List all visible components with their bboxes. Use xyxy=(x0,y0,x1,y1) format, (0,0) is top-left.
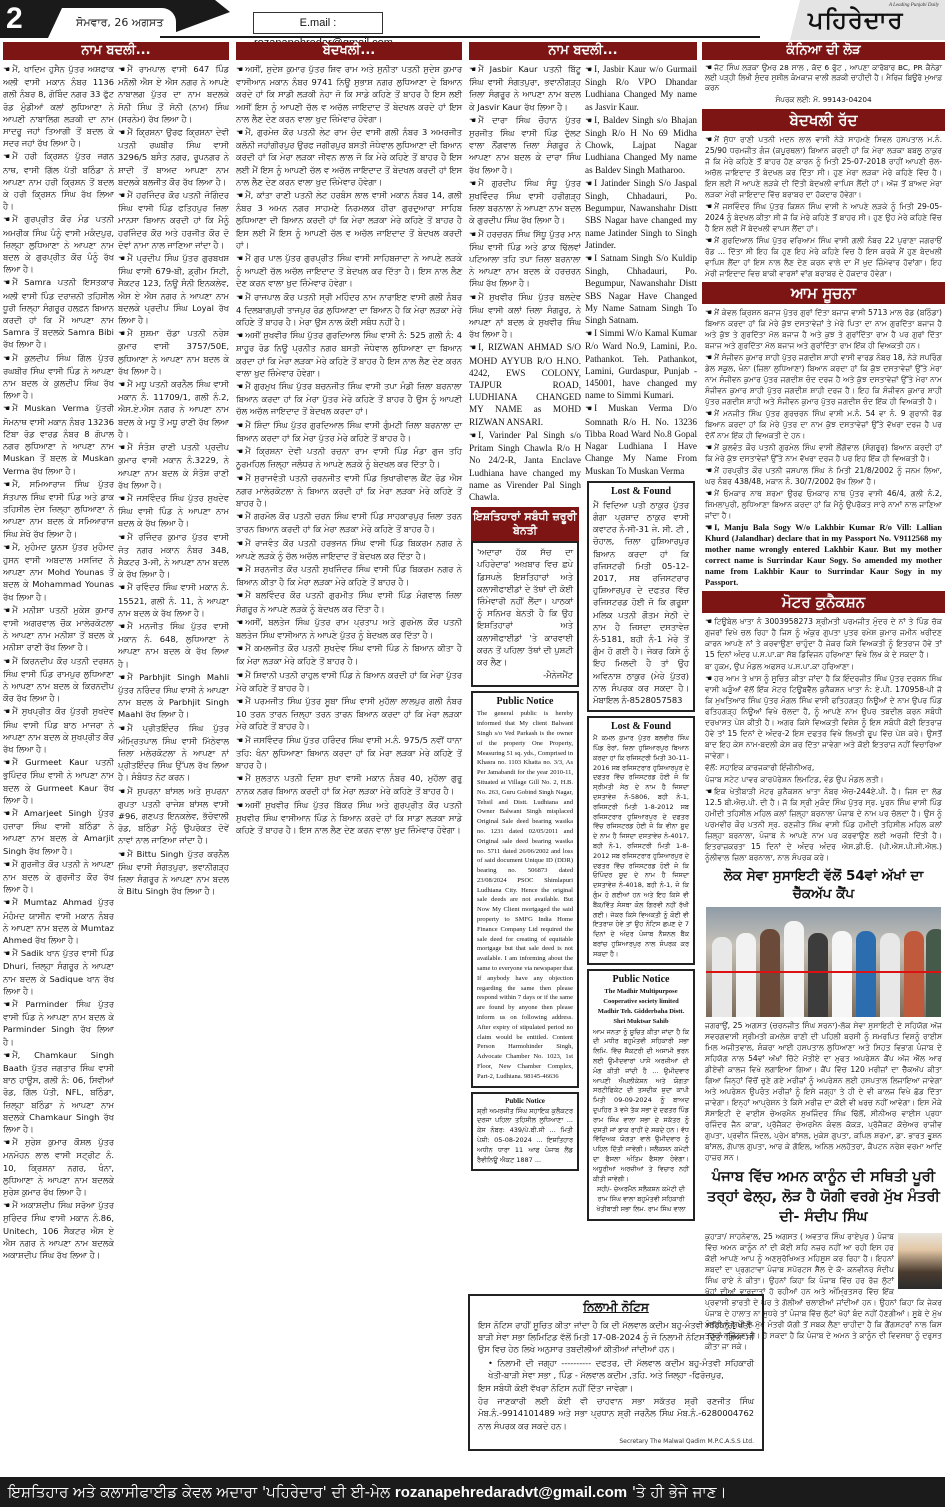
notice-item: ☚ਮੈਂ ਗੁਰਮੁਖ ਸਿੰਘ ਪੁੱਤਰ ਬਚਨਜੀਤ ਸਿੰਘ ਵਾਸੀ … xyxy=(236,380,462,418)
notice-item: ☚ਮੈਂ, ਗੁਰਮੇਜ਼ ਕੌਰ ਪਤਨੀ ਲੇਟ ਰਾਮ ਚੰਦ ਵਾਸੀ … xyxy=(236,126,462,188)
sandeep-singh-portrait xyxy=(898,1233,942,1289)
pointing-hand-icon: ☚ xyxy=(705,63,712,72)
notice-item: ☚ਮੈਂ ਜਸਵਿੰਦਰ ਸਿੰਘ ਪੁੱਤਰ ਸੁਖਦੇਵ ਸਿੰਘ ਵਾਸੀ… xyxy=(118,492,229,530)
masthead-email[interactable]: E.mail : rozanapehredar@gmail.com xyxy=(253,12,383,34)
notice-item: ☚ਮੈਂ ਗਰਮੋਲ ਕੌਰ ਪਤਨੀ ਚਰਨ ਸਿੰਘ ਵਾਸੀ ਪਿੰਡ ਸ… xyxy=(236,510,462,535)
pointing-hand-icon: ☚ xyxy=(118,673,125,682)
section-heading: ਬੇਦਖਲੀ... xyxy=(236,42,462,60)
notice-item: ☚ਮੈਂ ਓਮਕਾਰ ਨਾਥ ਸ਼ਰਮਾ ਉਰਫ ਓਮਕਾਰ ਨਾਥ ਪੁੱਤਰ… xyxy=(705,488,942,521)
notice-item: ☚ਮੈਂ ਅਕਾਸ਼ਦੀਪ ਸਿੰਘ ਸਰੋਆ ਪੁੱਤਰ ਸੁਰਿੰਦਰ ਸਿ… xyxy=(3,1199,114,1261)
notice-item: ☚I Simmi W/o Kamal Kumar R/o Ward No.9, … xyxy=(585,327,697,401)
notice-list-left: ☚ਮੈਂ Jasbir Kaur ਪਤਨੀ ਬਿੱਟੂ ਸਿੰਘ ਵਾਸੀ ਸੰ… xyxy=(469,63,581,1225)
pointing-hand-icon: ☚ xyxy=(3,860,10,869)
pointing-hand-icon: ☚ xyxy=(236,565,243,574)
pointing-hand-icon: ☚ xyxy=(585,329,592,338)
pointing-hand-icon: ☚ xyxy=(3,1201,10,1210)
public-notice-box: Public Notice The Madhir Multipurpose Co… xyxy=(587,969,695,1220)
pointing-hand-icon: ☚ xyxy=(585,179,592,188)
pointing-hand-icon: ☚ xyxy=(118,254,125,263)
notice-item: ☚I Muskan Verma D/o Somnath R/o H. No. 1… xyxy=(585,402,697,476)
notice-item: ☚ਮੈਂ ਕੇਵਲ ਕ੍ਰਿਸ਼ਨ ਬਜਾਜ ਪੁੱਤਰ ਗੁਰਾਂ ਦਿੱਤਾ… xyxy=(705,307,942,351)
law-order-article: ਕੁਹਾੜਾ/ ਸਾਹਨੇਵਾਲ, 25 ਅਗਸਤ ( ਅਵਤਾਰ ਸਿੰਘ ਰ… xyxy=(702,1231,945,1352)
law-order-headline: ਪੰਜਾਬ ਵਿੱਚ ਅਮਨ ਕਾਨੂੰਨ ਦੀ ਸਥਿਤੀ ਪੂਰੀ ਤਰ੍ਹ… xyxy=(704,1167,943,1227)
pointing-hand-icon: ☚ xyxy=(3,1138,10,1147)
notice-item: ☚I, RIZWAN AHMAD S/O MOHD AYYUB R/O H.NO… xyxy=(469,341,581,427)
ad-disclaimer-body: 'ਅਦਾਰਾ ਹੱਕ ਸੱਚ ਦਾ ਪਹਿਰੇਦਾਰ' ਅਖ਼ਬਾਰ ਵਿਚ ਛ… xyxy=(477,546,573,668)
pointing-hand-icon: ☚ xyxy=(469,293,476,302)
pointing-hand-icon: ☚ xyxy=(118,787,125,796)
pointing-hand-icon: ☚ xyxy=(236,254,243,263)
public-notice-title: Public Notice xyxy=(593,974,689,985)
notice-item: ☚ਮੈਂ ਕ੍ਰਿਸ਼ਨਾ ਦੇਵੀ ਪਤਨੀ ਰਚਨਾ ਰਾਮ ਵਾਸੀ ਪਿ… xyxy=(236,445,462,470)
section-heading: ਨਾਮ ਬਦਲੀ... xyxy=(469,42,697,60)
notice-item: ☚ਮੈਂ Bittu Singh ਪੁੱਤਰ ਕਰਨੈਲ ਸਿੰਘ ਵਾਸੀ ਸ… xyxy=(118,848,229,898)
notice-item: ☚ਮੈਂ ਸੁੱਧਾ ਰਾਣੀ ਪਤਨੀ ਮਦਨ ਲਾਲ ਵਾਸੀ ਨੇੜੇ ਸ… xyxy=(705,134,942,200)
public-notice-subtitle: The Madhir Multipurpose Cooperative soci… xyxy=(593,987,689,1026)
notice-item: ☚ਮੈਂ, Chamkaur Singh Baath ਪੁੱਤਰ ਜਗਤਾਰ ਸ… xyxy=(3,1049,114,1135)
lost-found-title: Lost & Found xyxy=(593,486,689,497)
notice-item: ☚ਮੈਂ Sadik ਖਾਨ ਪੁੱਤਰ ਵਾਸੀ ਪਿੰਡ Dhuri, ਜ਼… xyxy=(3,947,114,997)
notice-item: ☚ਮੈਂ ਕਮਲਜੀਤ ਕੌਰ ਪਤਨੀ ਸੁਖਦੇਵ ਸਿੰਘ ਵਾਸੀ ਪਿ… xyxy=(236,642,462,667)
notice-item: ☚ਮੈਂ ਹਰਚਰਨ ਸਿੰਘ ਸਿੱਧੂ ਪੁੱਤਰ ਮਾਨ ਸਿੰਘ ਵਾਸ… xyxy=(469,228,581,290)
pointing-hand-icon: ☚ xyxy=(3,65,10,74)
pointing-hand-icon: ☚ xyxy=(118,583,125,592)
pointing-hand-icon: ☚ xyxy=(236,191,243,200)
pointing-hand-icon: ☚ xyxy=(236,382,243,391)
pointing-hand-icon: ☚ xyxy=(469,65,476,74)
notice-item: ☚ਮੈਂ Jasbir Kaur ਪਤਨੀ ਬਿੱਟੂ ਸਿੰਘ ਵਾਸੀ ਸੰ… xyxy=(469,63,581,113)
ad-disclaimer-box: 'ਅਦਾਰਾ ਹੱਕ ਸੱਚ ਦਾ ਪਹਿਰੇਦਾਰ' ਅਖ਼ਬਾਰ ਵਿਚ ਛ… xyxy=(471,541,579,687)
pointing-hand-icon: ☚ xyxy=(118,850,125,859)
pointing-hand-icon: ☚ xyxy=(705,443,712,452)
public-notice-title: Public Notice xyxy=(477,696,573,707)
pointing-hand-icon: ☚ xyxy=(705,787,712,796)
footer-text: ਇਸ਼ਤਿਹਾਰ ਅਤੇ ਕਲਾਸੀਫਾਈਡ ਕੇਵਲ ਅਦਾਰਾ 'ਪਹਿਰੇ… xyxy=(8,1483,390,1501)
public-notice-sign: ਸਹੀ/- ਚੇਅਰਮੈਨ ਸਲੈਕਸ਼ਨ ਕਮੇਟੀ ਦੀ ਰਾਮ ਸਿੰਘ … xyxy=(593,1185,689,1214)
bullet-icon: • xyxy=(488,1358,497,1368)
pointing-hand-icon: ☚ xyxy=(236,474,243,483)
pointing-hand-icon: ☚ xyxy=(3,809,10,818)
notice-item: ☚ਮੈਂ ਸੁਖਵੀਰ ਸਿੰਘ ਪੁੱਤਰ ਬਲਦੇਵ ਸਿੰਘ ਵਾਸੀ ਕ… xyxy=(469,291,581,341)
pointing-hand-icon: ☚ xyxy=(705,674,712,683)
notice-item: ☚ਮੈਂ ਪ੍ਰਦੀਪ ਸਿੰਘ ਪੁੱਤਰ ਗੁਰਬਖਸ਼ ਸਿੰਘ ਵਾਸੀ… xyxy=(118,252,229,326)
lost-found-body: ਮੈਂ ਵਿਦਿਆ ਪਤੀ ਠਾਕੁਰ ਪੁੱਤਰ ਗੰਗਾ ਪ੍ਰਸ਼ਾਦ ਠ… xyxy=(593,499,689,706)
footer-suffix: 'ਤੇ ਹੀ ਭੇਜੇ ਜਾਣ। xyxy=(632,1483,727,1501)
notice-item: ☚ਅਸੀਂ ਸੁਖਵੀਰ ਸਿੰਘ ਪੁੱਤਰ ਬਿੱਕਰ ਸਿੰਘ ਅਤੇ ਗ… xyxy=(236,799,462,837)
notice-item: ☚ਅਸੀਂ ਸੁਖਵੀਰ ਸਿੰਘ ਪੁੱਤਰ ਗੁਰਦਿਆਲ ਸਿੰਘ ਵਾਸ… xyxy=(236,329,462,379)
ad-disclaimer-heading: ਇਸ਼ਤਿਹਾਰਾਂ ਸਬੰਧੀ ਜ਼ਰੂਰੀ ਬੇਨਤੀ xyxy=(471,507,579,541)
notice-item: ☚ਮੈਂ Amarjeet Singh ਪੁੱਤਰ ਹਜ਼ਾਰਾ ਸਿੰਘ ਵਾ… xyxy=(3,807,114,857)
lost-found-box: Lost & Found ਮੈਂ ਕਮਲ ਕੁਮਾਰ ਪੁੱਤਰ ਬਲਵੀਰ ਸ… xyxy=(587,716,695,965)
public-notice-body: The general public is hereby informed th… xyxy=(477,709,573,1081)
pointing-hand-icon: ☚ xyxy=(3,215,10,224)
notice-item: ☚ਮੈਂ ਗੁਰਦਿਆਲ ਸਿੰਘ ਪੁੱਤਰ ਵਰਿਆਮ ਸਿੰਘ ਵਾਸੀ … xyxy=(705,235,942,279)
pointing-hand-icon: ☚ xyxy=(118,191,125,200)
pointing-hand-icon: ☚ xyxy=(705,409,712,418)
pointing-hand-icon: ☚ xyxy=(236,736,243,745)
notice-item: ☚ਮੈਂ ਹਰਜਿੰਦਰ ਕੌਰ ਪਤਨੀ ਜੋਗਿੰਦਰ ਸਿੰਘ ਵਾਸੀ … xyxy=(118,189,229,251)
cancel-list: ☚ਮੈਂ ਸੁੱਧਾ ਰਾਣੀ ਪਤਨੀ ਮਦਨ ਲਾਲ ਵਾਸੀ ਨੇੜੇ ਸ… xyxy=(702,134,945,279)
public-notice-box: Public Notice The general public is here… xyxy=(471,691,579,1087)
notice-item: ☚ਮੈਂ ਹਰੀ ਕ੍ਰਿਸ਼ਨ ਪੁੱਤਰ ਜਗਨ ਨਾਥ, ਵਾਸੀ ਗਿੱ… xyxy=(3,150,114,212)
notice-item: ☚ਮੈਂ ਰਾਮਪਾਲ ਵਾਸੀ 647 ਪਿੰਡ ਮਨੌਲੀ ਐਸ ਏ ਐਸ … xyxy=(118,63,229,125)
column-disownment: ਬੇਦਖਲੀ... ☚ਅਸੀਂ, ਸੁਦੇਸ਼ ਕੁਮਾਰ ਪੁੱਤਰ ਸ਼ਿਵ… xyxy=(233,40,465,1475)
notice-list-right: ☚ਮੈਂ ਰਾਮਪਾਲ ਵਾਸੀ 647 ਪਿੰਡ ਮਨੌਲੀ ਐਸ ਏ ਐਸ … xyxy=(118,63,229,1262)
pointing-hand-icon: ☚ xyxy=(705,202,712,211)
pointing-hand-icon: ☚ xyxy=(118,65,125,74)
newspaper-logo: A Leading Punjabi Daily ਪਹਿਰੇਦਾਰ xyxy=(790,0,945,40)
pointing-hand-icon: ☚ xyxy=(236,421,243,430)
notice-item: ☚ਮੈਂ ਸੁਰੇਸ਼ ਕੁਮਾਰ ਕੌਸ਼ਲ ਪੁੱਤਰ ਮਨਮੋਹਨ ਲਾਲ… xyxy=(3,1136,114,1198)
pointing-hand-icon: ☚ xyxy=(236,774,243,783)
masthead: 2 ਸੋਮਵਾਰ, 26 ਅਗਸਤ 2024 E.mail : rozanape… xyxy=(0,0,945,40)
notice-item: ☚I, Manju Bala Sogy W/o Lakhbir Kumar R/… xyxy=(705,522,942,588)
section-heading: ਨਾਮ ਬਦਲੀ... xyxy=(3,42,229,60)
pointing-hand-icon: ☚ xyxy=(236,591,243,600)
notice-item: ☚ਮੈਂ ਜਸਵਿੰਦਰ ਸਿੰਘ ਪੁੱਤਰ ਕਿਸ਼ਨ ਸਿੰਘ ਵਾਸੀ … xyxy=(705,201,942,234)
pointing-hand-icon: ☚ xyxy=(236,512,243,521)
section-heading-bride-wanted: ਕੰਨਿਆ ਦੀ ਲੋੜ xyxy=(702,42,945,60)
notice-item: ☚ਮੈਂ Gurmeet Kaur ਪਤਨੀ ਭੁਪਿੰਦਰ ਸਿੰਘ ਵਾਸੀ… xyxy=(3,756,114,806)
notice-item: ☚ਮੈਂ Parminder ਸਿੰਘ ਪੁੱਤਰ ਵਾਸੀ ਪਿੰਡ ਨੇ ਆ… xyxy=(3,998,114,1048)
notice-item: ☚ਮੈਂ ਸੁਰਾਜਵੰਤੀ ਪਤਨੀ ਚਰਨਜੀਤ ਵਾਸੀ ਪਿੰਡ ਭਿਖ… xyxy=(236,472,462,510)
pointing-hand-icon: ☚ xyxy=(705,523,712,532)
notice-list-right: ☚I, Jasbir Kaur w/o Gurmail Singh R/o VP… xyxy=(585,63,697,1225)
notice-item: ☚I, Jasbir Kaur w/o Gurmail Singh R/o VP… xyxy=(585,63,697,113)
eye-camp-headline: ਲੋਕ ਸੇਵਾ ਸੁਸਾਇਟੀ ਵੱਲੋਂ 54ਵਾਂ ਅੱਖਾਂ ਦਾ ਚੈ… xyxy=(704,867,943,903)
notice-item: ☚ਮੈਂ, ਕਾਂਤਾ ਰਾਣੀ ਪਤਨੀ ਲੇਟ ਹਰਬੰਸ ਲਾਲ ਵਾਸੀ… xyxy=(236,189,462,251)
notice-item: ☚ਮੈਂ ਮਧੂ ਪਤਨੀ ਕਰਨੈਲ ਸਿੰਘ ਵਾਸੀ ਮਕਾਨ ਨੰ. 1… xyxy=(118,378,229,440)
pointing-hand-icon: ☚ xyxy=(3,758,10,767)
pointing-hand-icon: ☚ xyxy=(585,254,592,263)
notice-item: ☚ਮੈਂ Mumtaz Ahmad ਪੁੱਤਰ ਮੋਹੰਮਦ ਯਾਸੀਨ ਵਾਸ… xyxy=(3,896,114,946)
notice-item: ☚ਮੈਂ ਗੁਰਦੀਪ ਸਿੰਘ ਸੰਧੂ ਪੁੱਤਰ ਸੁਖਵਿੰਦਰ ਸਿੰ… xyxy=(469,177,581,227)
notice-item: ☚ਇਕ ਖੇਤੀਬਾੜੀ ਮੋਟਰ ਕੁਨੈਕਸ਼ਨ ਖਾਤਾ ਨੰਬਰ ਐਚ-… xyxy=(705,786,942,863)
issue-date: ਸੋਮਵਾਰ, 26 ਅਗਸਤ 2024 xyxy=(48,8,176,38)
pointing-hand-icon: ☚ xyxy=(236,539,243,548)
pointing-hand-icon: ☚ xyxy=(469,116,476,125)
column-classifieds: ਕੰਨਿਆ ਦੀ ਲੋੜ ☚ਜੱਟ ਸਿੰਘ ਲੜਕਾ ਉਮਰ 28 ਸਾਲ ,… xyxy=(702,40,945,1475)
notice-item: ☚I, Varinder Pal Singh s/o Pritam Singh … xyxy=(469,429,581,503)
pointing-hand-icon: ☚ xyxy=(3,1000,10,1009)
notice-item: ☚ਮੈਂ ਗੁਰਜੀਤ ਕੌਰ ਪਤਨੀ ਨੇ ਆਪਣਾ ਨਾਮ ਬਦਲ ਕੇ … xyxy=(3,858,114,896)
notice-item: ☚ਮੈਂ ਰਾਜਪਾਲ ਕੌਰ ਪਤਨੀ ਸ੍ਰੀ ਮਹਿੰਦਰ ਨਾਮ ਨਾਰ… xyxy=(236,291,462,329)
footer-email[interactable]: rozanapehredaradvt@gmail.com xyxy=(395,1484,627,1501)
pointing-hand-icon: ☚ xyxy=(3,898,10,907)
pointing-hand-icon: ☚ xyxy=(236,331,243,340)
notice-item: ☚I Satnam Singh S/o Kuldip Singh, Chhada… xyxy=(585,252,697,326)
notice-item: ☚ਮੈਂ ਸੁਪਰਨਾ ਬਾਂਸਲ ਅਤੇ ਸੁਪਰਨਾ ਗੁਪਤਾ ਪਤਨੀ … xyxy=(118,785,229,847)
notice-item: ☚ਮੈਂ ਕਿਰਨਦੀਪ ਕੌਰ ਪਤਨੀ ਦਰਸ਼ਨ ਸਿੰਘ ਵਾਸੀ ਪਿ… xyxy=(3,655,114,705)
pointing-hand-icon: ☚ xyxy=(3,278,10,287)
pointing-hand-icon: ☚ xyxy=(118,533,125,542)
pointing-hand-icon: ☚ xyxy=(3,404,10,413)
notice-list-left: ☚ਮੈਂ, ਖਾਦਿਮ ਹੁਸੈਨ ਪੁੱਤਰ ਅਸ਼ਫਾਕ ਅਲੀ ਵਾਸੀ … xyxy=(3,63,114,1262)
section-heading-general-notice: ਆਮ ਸੂਚਨਾ xyxy=(702,282,945,304)
pointing-hand-icon: ☚ xyxy=(236,644,243,653)
notice-item: ☚ਮੈਂ ਗੁਰ ਪਾਲ ਪੁੱਤਰ ਗੁਰਪ੍ਰੀਤ ਸਿੰਘ ਵਾਸੀ ਸਾ… xyxy=(236,252,462,290)
notice-item: ☚ਮੈਂ Samra ਪਤਨੀ ਇਸਤਕਾਰ ਅਲੀ ਵਾਸੀ ਪਿੰਡ ਦਰਾ… xyxy=(3,276,114,350)
pointing-hand-icon: ☚ xyxy=(3,543,10,552)
public-notice-box: Public Notice ਸ਼੍ਰੀ ਅਮਰਜੀਤ ਸਿੰਘ ਸਹਾਇਕ ਕੁ… xyxy=(471,1092,579,1172)
pointing-hand-icon: ☚ xyxy=(585,404,592,413)
notice-item: ☚ਮੈਂ ਕੁਲਵੰਤ ਕੌਰ ਪਤਨੀ ਗੁਰਮੇਲ ਸਿੰਘ ਵਾਸੀ ਲੌ… xyxy=(705,442,942,464)
notice-item: ☚ਮੈਂ ਸ਼ਰਨਜੀਤ ਕੌਰ ਪਤਨੀ ਸੁਖਜਿੰਦਰ ਸਿੰਘ ਵਾਸੀ… xyxy=(236,563,462,588)
notice-signatory: ਵੱਲੋਂ: ਸਹਾਇਕ ਕਾਰਜਕਾਰੀ ਇੰਜੀਨੀਅਰ, xyxy=(705,762,942,773)
bride-wanted-contact: ਸੰਪਰਕ ਲਈ: ਮੋ. 99143-04204 xyxy=(702,94,945,106)
pointing-hand-icon: ☚ xyxy=(705,308,712,317)
pointing-hand-icon: ☚ xyxy=(705,466,712,475)
lost-found-box: Lost & Found ਮੈਂ ਵਿਦਿਆ ਪਤੀ ਠਾਕੁਰ ਪੁੱਤਰ ਗ… xyxy=(587,481,695,712)
lost-found-title: Lost & Found xyxy=(593,721,689,732)
notice-item: ☚ਮੈਂ ਸੰਤੋਸ਼ ਰਾਣੀ ਪਤਨੀ ਪ੍ਰਦੀਪ ਕੁਮਾਰ ਵਾਸੀ … xyxy=(118,441,229,491)
pointing-hand-icon: ☚ xyxy=(3,606,10,615)
motor-notice-list: ☚ਟਿਊਬੇਲ ਖਾਤਾ ਨੰ 3003958273 ਸ਼੍ਰੀਮਤੀ ਪਰਮਜ… xyxy=(702,616,945,863)
general-notice-list: ☚ਮੈਂ ਕੇਵਲ ਕ੍ਰਿਸ਼ਨ ਬਜਾਜ ਪੁੱਤਰ ਗੁਰਾਂ ਦਿੱਤਾ… xyxy=(702,307,945,588)
pointing-hand-icon: ☚ xyxy=(236,618,243,627)
pointing-hand-icon: ☚ xyxy=(469,343,476,352)
notice-item: ☚ਮੈਂ ਹਰਪ੍ਰੀਤ ਕੌਰ ਪਤਨੀ ਜਸਪਾਲ ਸਿੰਘ ਨੇ ਮਿਤੀ… xyxy=(705,465,942,487)
notice-item: ☚ਹਰ ਆਮ ਤੇ ਖਾਸ ਨੂੰ ਸੂਚਿਤ ਕੀਤਾ ਜਾਂਦਾ ਹੈ ਕਿ… xyxy=(705,673,942,761)
public-notice-title: Public Notice xyxy=(477,1097,573,1105)
pointing-hand-icon: ☚ xyxy=(236,293,243,302)
pointing-hand-icon: ☚ xyxy=(118,622,125,631)
logo-wordmark: ਪਹਿਰੇਦਾਰ xyxy=(808,6,903,34)
pointing-hand-icon: ☚ xyxy=(236,801,243,810)
notice-item: ☚ਮੈਂ Muskan Verma ਪੁੱਤਰੀ ਸੋਮਨਾਥ ਵਾਸੀ ਮਕਾ… xyxy=(3,402,114,476)
notice-item: ☚ਮੈਂ ਪ੍ਰੀਤਇੰਦਰ ਸਿੰਘ ਪੁੱਤਰ ਅੰਮ੍ਰਿਤਪਾਲ ਸਿੰ… xyxy=(118,722,229,784)
footer-banner: ਇਸ਼ਤਿਹਾਰ ਅਤੇ ਕਲਾਸੀਫਾਈਡ ਕੇਵਲ ਅਦਾਰਾ 'ਪਹਿਰੇ… xyxy=(0,1477,945,1507)
notice-item: ☚ਮੈਂ, ਮੁਹੰਮਦ ਯੂਨਸ ਪੁੱਤਰ ਮੁਹੰਮਦ ਹੁਸਨ ਵਾਸੀ… xyxy=(3,541,114,603)
pointing-hand-icon: ☚ xyxy=(469,230,476,239)
pointing-hand-icon: ☚ xyxy=(236,65,243,74)
notice-item: ☚ਮੈਂ ਬਲਵਿੰਦਰ ਕੌਰ ਪਤਨੀ ਗੁਰਮੀਤ ਸਿੰਘ ਵਾਸੀ ਪ… xyxy=(236,589,462,614)
column-name-change-2: ਨਾਮ ਬਦਲੀ... ☚ਮੈਂ Jasbir Kaur ਪਤਨੀ ਬਿੱਟੂ … xyxy=(466,40,700,1475)
notice-item: ਬਾ ਹੁਕਮ, ਉਪ ਮੰਡਲ ਅਫਸਰ ਪ.ਸ.ਪਾ.ਕਾ ਹਰਿਆਣਾ। xyxy=(705,661,942,672)
pointing-hand-icon: ☚ xyxy=(705,236,712,245)
notice-item: ☚ਮੈਂ ਕੁਲਦੀਪ ਸਿੰਘ ਗਿੱਲ ਪੁੱਤਰ ਰਘਬੀਰ ਸਿੰਘ ਵ… xyxy=(3,352,114,402)
pointing-hand-icon: ☚ xyxy=(3,707,10,716)
notice-item: ☚ਅਸੀਂ, ਬਲਤੇਜ ਸਿੰਘ ਪੁੱਤਰ ਰਾਮ ਪ੍ਰਤਾਪ ਅਤੇ ਗ… xyxy=(236,616,462,641)
bride-wanted-ad: ☚ਜੱਟ ਸਿੰਘ ਲੜਕਾ ਉਮਰ 28 ਸਾਲ , ਕੱਦ 6 ਫੁੱਟ ,… xyxy=(702,63,945,93)
pointing-hand-icon: ☚ xyxy=(118,380,125,389)
pointing-hand-icon: ☚ xyxy=(705,617,712,626)
notice-item: ☚ਮੈਂ ਮਨੀਸ਼ਾ ਪਤਨੀ ਮੁਕੇਸ਼ ਕੁਮਾਰ ਵਾਸੀ ਅਗਰਵਾ… xyxy=(3,604,114,654)
pointing-hand-icon: ☚ xyxy=(118,443,125,452)
notice-item: ☚ਮੈਂ ਪਰਮਜੀਤ ਸਿੰਘ ਪੁੱਤਰ ਸੂਬਾ ਸਿੰਘ ਵਾਸੀ ਮੁ… xyxy=(236,695,462,733)
pointing-hand-icon: ☚ xyxy=(236,697,243,706)
ad-disclaimer-sign: -ਮੈਨੇਜਮੈਂਟ xyxy=(477,669,573,681)
pointing-hand-icon: ☚ xyxy=(118,494,125,503)
pointing-hand-icon: ☚ xyxy=(3,949,10,958)
notice-item: ☚ਮੈਂ ਸੰਜੀਵਨ ਕੁਮਾਰ ਸ਼ਾਹੀ ਪੁੱਤਰ ਜਗਦੀਸ਼ ਸ਼ਾ… xyxy=(705,352,942,407)
notice-item: ☚ਮੈਂ ਸੁਸ਼ਮਾ ਚੱਡਾ ਪਤਨੀ ਨਰੇਸ਼ ਕੁਮਾਰ ਵਾਸੀ 3… xyxy=(118,327,229,377)
lost-found-body: ਮੈਂ ਕਮਲ ਕੁਮਾਰ ਪੁੱਤਰ ਬਲਵੀਰ ਸਿੰਘ ਪਿੰਡ ਰੋਰਾ… xyxy=(593,734,689,959)
notice-item: ☚ਮੈਂ ਜਸਵਿੰਦਰ ਸਿੰਘ ਪੁੱਤਰ ਹਰਿੰਦਰ ਸਿੰਘ ਵਾਸੀ… xyxy=(236,734,462,772)
pointing-hand-icon: ☚ xyxy=(118,128,125,137)
pointing-hand-icon: ☚ xyxy=(705,489,712,498)
notice-item: ☚ਮੈਂ ਦਾਰਾ ਸਿੰਘ ਚੌਹਾਨ ਪੁੱਤਰ ਸੁਰਜੀਤ ਸਿੰਘ ਵ… xyxy=(469,114,581,176)
section-heading-motor-connection: ਮੋਟਰ ਕੁਨੈਕਸ਼ਨ xyxy=(702,591,945,613)
notice-item: ☚ਮੈਂ ਗੁਰਪ੍ਰੀਤ ਕੌਰ ਮੰਡ ਪਤਨੀ ਅਮਰੀਕ ਸਿੰਘ ਪੰ… xyxy=(3,213,114,275)
notice-item: ☚ਮੈਂ ਸ਼ਿਵਾਨੀ ਪਤਨੀ ਰਾਹੁਲ ਵਾਸੀ ਪਿੰਡ ਨੇ ਬਿਆ… xyxy=(236,669,462,694)
public-notice-body: ਆਮ ਜਨਤਾ ਨੂੰ ਸੂਚਿਤ ਕੀਤਾ ਜਾਂਦਾ ਹੈ ਕਿ ਦੀ ਮਧ… xyxy=(593,1028,689,1185)
notice-item: ☚ਮੈਂ ਮਨਜੀਤ ਸਿੰਘ ਪੁੱਤਰ ਗੁਰਚਰਨ ਸਿੰਘ ਵਾਸੀ ਮ… xyxy=(705,408,942,441)
notice-item: ☚ਮੈਂ Parbhjit Singh Mahli ਪੁੱਤਰ ਨਰਿੰਦਰ ਸ… xyxy=(118,671,229,721)
pointing-hand-icon: ☚ xyxy=(236,671,243,680)
notice-item: ☚ਮੈਂ ਰਵਿੰਦਰ ਸਿੰਘ ਵਾਸੀ ਮਕਾਨ ਨੰ. 15521, ਗਲ… xyxy=(118,581,229,619)
eye-camp-photo xyxy=(706,907,941,1017)
pointing-hand-icon: ☚ xyxy=(3,1051,10,1060)
public-notice-body: ਸ਼੍ਰੀ ਅਮਰਜੀਤ ਸਿੰਘ ਸਹਾਇਕ ਕੁਲੈਕਟਰ ਦਰਜਾ ਪਹਿ… xyxy=(477,1107,573,1166)
pointing-hand-icon: ☚ xyxy=(705,353,712,362)
notice-item: ☚ਮੈਂ ਸੁਖਪ੍ਰੀਤ ਕੌਰ ਪੁੱਤਰੀ ਸੁਖਦੇਵ ਸਿੰਘ ਵਾਸ… xyxy=(3,705,114,755)
notice-item: ☚I Jatinder Singh S/o Jaspal Singh, Chha… xyxy=(585,177,697,251)
pointing-hand-icon: ☚ xyxy=(118,724,125,733)
notice-item: ☚I, Baldev Singh s/o Bhajan Singh R/o H … xyxy=(585,114,697,176)
notice-list: ☚ਅਸੀਂ, ਸੁਦੇਸ਼ ਕੁਮਾਰ ਪੁੱਤਰ ਸ਼ਿਵ ਰਾਮ ਅਤੇ ਸ… xyxy=(233,63,465,836)
pointing-hand-icon: ☚ xyxy=(585,116,592,125)
masthead-rule xyxy=(160,36,760,38)
pointing-hand-icon: ☚ xyxy=(469,179,476,188)
notice-item: ☚ਅਸੀਂ, ਸੁਦੇਸ਼ ਕੁਮਾਰ ਪੁੱਤਰ ਸ਼ਿਵ ਰਾਮ ਅਤੇ ਸ… xyxy=(236,63,462,125)
notice-item: ☚ਮੈਂ ਰਾਜਵੰਤ ਕੌਰ ਪਤਨੀ ਹਰਭਜਨ ਸਿੰਘ ਵਾਸੀ ਪਿੰ… xyxy=(236,537,462,562)
pointing-hand-icon: ☚ xyxy=(705,135,712,144)
pointing-hand-icon: ☚ xyxy=(3,657,10,666)
eye-camp-article: ਜਗਰਾਉਂ, 25 ਅਗਸਤ (ਚਰਨਜੀਤ ਸਿੰਘ ਸਰਨਾ)-ਲੋਕ ਸ… xyxy=(702,1020,945,1163)
pointing-hand-icon: ☚ xyxy=(3,480,10,489)
notice-signatory: ਪੰਜਾਬ ਸਟੇਟ ਪਾਵਰ ਕਾਰਪੋਰੇਸ਼ਨ ਲਿਮਟਿਡ, ਵੰਡ ਉ… xyxy=(705,774,942,785)
notice-item: ☚ਟਿਊਬੇਲ ਖਾਤਾ ਨੰ 3003958273 ਸ਼੍ਰੀਮਤੀ ਪਰਮਜ… xyxy=(705,616,942,660)
section-heading-disownment-cancelled: ਬੇਦਖਲੀ ਰੱਦ xyxy=(702,109,945,131)
pointing-hand-icon: ☚ xyxy=(236,128,243,137)
notice-item: ☚ਮੈਂ ਰਜਿੰਦਰ ਕੁਮਾਰ ਪੁੱਤਰ ਵਾਸੀ ਜੋਤ ਨਗਰ ਮਕਾ… xyxy=(118,531,229,581)
pointing-hand-icon: ☚ xyxy=(3,152,10,161)
notice-item: ☚ਮੈਂ ਸੁਲਤਾਨ ਪਤਨੀ ਦਿਸ਼ਾ ਸੁਖਾ ਵਾਸੀ ਮਕਾਨ ਨੰ… xyxy=(236,772,462,797)
notice-item: ☚ਮੈਂ, ਸਮਿਆਰਾਜ ਸਿੰਘ ਪੁੱਤਰ ਸੱਤਪਾਲ ਸਿੰਘ ਵਾਸ… xyxy=(3,478,114,540)
ribbon xyxy=(706,971,941,973)
pointing-hand-icon: ☚ xyxy=(469,431,476,440)
column-name-change-1: ਨਾਮ ਬਦਲੀ... ☚ਮੈਂ, ਖਾਦਿਮ ਹੁਸੈਨ ਪੁੱਤਰ ਅਸ਼ਫ… xyxy=(0,40,232,1475)
pointing-hand-icon: ☚ xyxy=(118,329,125,338)
pointing-hand-icon: ☚ xyxy=(236,447,243,456)
notice-item: ☚ਮੈਂ ਕ੍ਰਿਸ਼ਨਾ ਉਰਫ ਕ੍ਰਿਸ਼ਨਾ ਦੇਵੀ ਪਤਨੀ ਰਘਬ… xyxy=(118,126,229,188)
notice-item: ☚ਮੈਂ ਮਨਜੀਤ ਸਿੰਘ ਪੁੱਤਰ ਵਾਸੀ ਮਕਾਨ ਨੰ. 648,… xyxy=(118,620,229,670)
notice-item: ☚ਮੈਂ ਸ਼ਿੰਦਾ ਸਿੰਘ ਪੁੱਤਰ ਗੁਰਦਿਆਲ ਸਿੰਘ ਵਾਸੀ… xyxy=(236,419,462,444)
pointing-hand-icon: ☚ xyxy=(585,65,592,74)
notice-item: ☚ਮੈਂ, ਖਾਦਿਮ ਹੁਸੈਨ ਪੁੱਤਰ ਅਸ਼ਫਾਕ ਅਲੀ ਵਾਸੀ … xyxy=(3,63,114,149)
pointing-hand-icon: ☚ xyxy=(3,354,10,363)
